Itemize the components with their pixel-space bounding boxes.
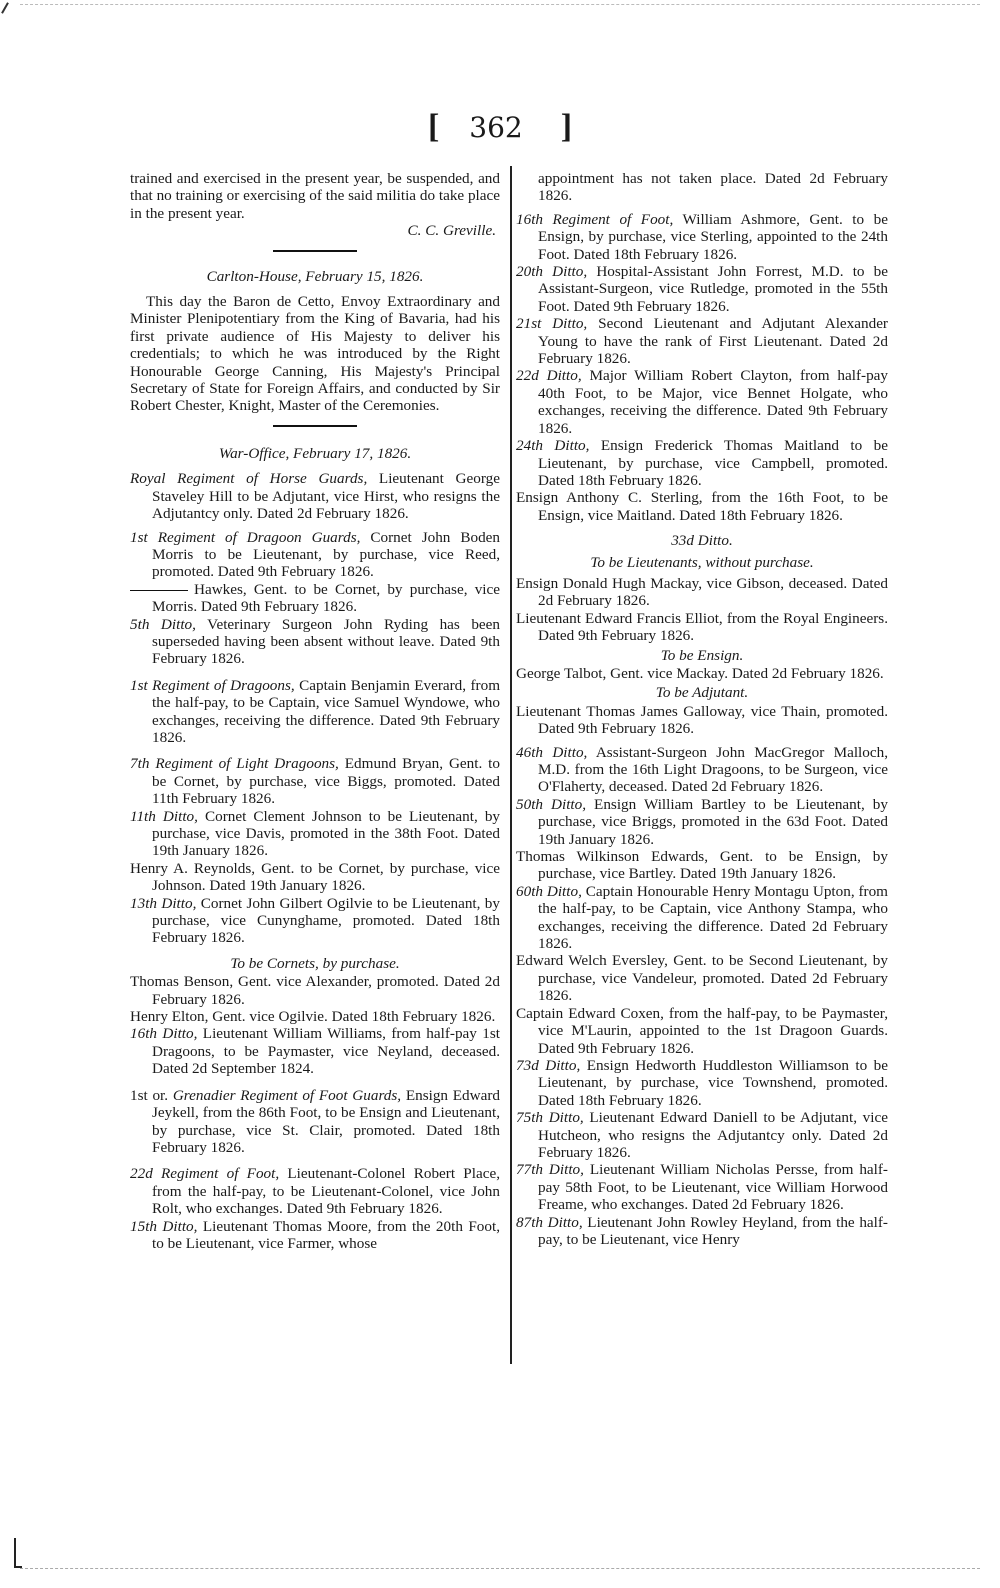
- gazette-entry: 16th Ditto, Lieutenant William Williams,…: [130, 1025, 500, 1077]
- section-rule: [273, 425, 357, 427]
- regiment-name: 7th Regiment of Light Dragoons,: [130, 755, 339, 772]
- entry-text: appointment has not taken place. Dated 2…: [538, 170, 888, 204]
- bracket-open: [: [428, 108, 439, 146]
- gazette-entry: Edward Welch Eversley, Gent. to be Secon…: [516, 952, 888, 1004]
- entry-text: Ensign Anthony C. Sterling, from the 16t…: [516, 489, 888, 523]
- regiment-name: 20th Ditto,: [516, 263, 587, 280]
- gazette-entry: 22d Regiment of Foot, Lieutenant-Colonel…: [130, 1165, 500, 1217]
- gazette-entry: 77th Ditto, Lieutenant William Nicholas …: [516, 1161, 888, 1213]
- gazette-entry: 1st or. Grenadier Regiment of Foot Guard…: [130, 1087, 500, 1157]
- entry-text: Ensign William Bartley to be Lieutenant,…: [538, 796, 888, 848]
- entry-text: Edward Welch Eversley, Gent. to be Secon…: [516, 952, 888, 1004]
- top-edge-rule: [20, 4, 980, 5]
- entry-text: George Talbot, Gent. vice Mackay. Dated …: [516, 665, 884, 682]
- regiment-name: 77th Ditto,: [516, 1161, 584, 1178]
- cornets-subheading: To be Cornets, by purchase.: [130, 955, 500, 972]
- lieutenants-subheading: To be Lieutenants, without purchase.: [516, 554, 888, 571]
- regiment-33-heading: 33d Ditto.: [516, 532, 888, 549]
- opening-paragraph: trained and exercised in the present yea…: [130, 170, 500, 222]
- entry-text: Captain Edward Coxen, from the half-pay,…: [516, 1005, 888, 1057]
- gazette-entry: Captain Edward Coxen, from the half-pay,…: [516, 1005, 888, 1057]
- regiment-prefix: 1st or.: [130, 1087, 173, 1104]
- regiment-name: 13th Ditto,: [130, 895, 196, 912]
- entry-text: Hawkes, Gent. to be Cornet, by purchase,…: [152, 581, 500, 615]
- entry-text: Lieutenant Thomas Moore, from the 20th F…: [152, 1218, 500, 1252]
- entry-text: Lieutenant Thomas James Galloway, vice T…: [516, 703, 888, 737]
- corner-mark: [14, 1538, 22, 1568]
- entry-text: Major William Robert Clayton, from half-…: [538, 367, 888, 436]
- entry-text: Lieutenant Edward Daniell to be Adjutant…: [538, 1109, 888, 1161]
- entry-text: Lieutenant John Rowley Heyland, from the…: [538, 1214, 888, 1248]
- regiment-name: 87th Ditto,: [516, 1214, 583, 1231]
- regiment-name: 1st Regiment of Dragoons,: [130, 677, 295, 694]
- entry-text: Cornet John Gilbert Ogilvie to be Lieute…: [152, 895, 500, 947]
- gazette-entry: Lieutenant Thomas James Galloway, vice T…: [516, 703, 888, 738]
- corner-mark: [0, 0, 14, 14]
- entry-text: Thomas Benson, Gent. vice Alexander, pro…: [130, 973, 500, 1007]
- entry-text: Captain Honourable Henry Montagu Upton, …: [538, 883, 888, 952]
- gazette-entry: 15th Ditto, Lieutenant Thomas Moore, fro…: [130, 1218, 500, 1253]
- page-header: [362]: [0, 108, 1000, 146]
- gazette-entry: Ensign Anthony C. Sterling, from the 16t…: [516, 489, 888, 524]
- continuation-text: appointment has not taken place. Dated 2…: [516, 170, 888, 205]
- signature: C. C. Greville.: [130, 222, 500, 239]
- gazette-entry: 50th Ditto, Ensign William Bartley to be…: [516, 796, 888, 848]
- regiment-name: 15th Ditto,: [130, 1218, 197, 1235]
- gazette-entry: 73d Ditto, Ensign Hedworth Huddleston Wi…: [516, 1057, 888, 1109]
- gazette-entry: 60th Ditto, Captain Honourable Henry Mon…: [516, 883, 888, 953]
- bottom-edge-rule: [20, 1568, 980, 1569]
- gazette-entry: 11th Ditto, Cornet Clement Johnson to be…: [130, 808, 500, 860]
- regiment-name: 73d Ditto,: [516, 1057, 580, 1074]
- regiment-name: 60th Ditto,: [516, 883, 582, 900]
- gazette-entry: 5th Ditto, Veterinary Surgeon John Rydin…: [130, 616, 500, 668]
- entry-text: Hospital-Assistant John Forrest, M.D. to…: [538, 263, 888, 315]
- regiment-name: 46th Ditto,: [516, 744, 587, 761]
- regiment-name: 24th Ditto,: [516, 437, 589, 454]
- regiment-name: 21st Ditto,: [516, 315, 587, 332]
- regiment-name: 75th Ditto,: [516, 1109, 584, 1126]
- entry-text: Second Lieutenant and Adjutant Alexander…: [538, 315, 888, 367]
- regiment-name: 5th Ditto,: [130, 616, 196, 633]
- entry-text: Lieutenant Edward Francis Elliot, from t…: [516, 610, 888, 644]
- gazette-entry: 13th Ditto, Cornet John Gilbert Ogilvie …: [130, 895, 500, 947]
- gazette-entry: 7th Regiment of Light Dragoons, Edmund B…: [130, 755, 500, 807]
- gazette-entry: 1st Regiment of Dragoon Guards, Cornet J…: [130, 529, 500, 581]
- entry-text: Lieutenant William Nicholas Persse, from…: [538, 1161, 888, 1213]
- entry-text: Cornet Clement Johnson to be Lieutenant,…: [152, 808, 500, 860]
- column-divider: [510, 166, 512, 1364]
- gazette-entry: 24th Ditto, Ensign Frederick Thomas Mait…: [516, 437, 888, 489]
- carlton-body: This day the Baron de Cetto, Envoy Extra…: [130, 293, 500, 415]
- gazette-entry: Royal Regiment of Horse Guards, Lieutena…: [130, 470, 500, 522]
- entry-text: Ensign Frederick Thomas Maitland to be L…: [538, 437, 888, 489]
- regiment-name: 22d Ditto,: [516, 367, 582, 384]
- regiment-name: 1st Regiment of Dragoon Guards,: [130, 529, 360, 546]
- gazette-entry: Thomas Wilkinson Edwards, Gent. to be En…: [516, 848, 888, 883]
- regiment-name: 22d Regiment of Foot,: [130, 1165, 279, 1182]
- gazette-entry: 46th Ditto, Assistant-Surgeon John MacGr…: [516, 744, 888, 796]
- entry-text: Thomas Wilkinson Edwards, Gent. to be En…: [516, 848, 888, 882]
- section-rule: [273, 250, 357, 252]
- gazette-entry: 75th Ditto, Lieutenant Edward Daniell to…: [516, 1109, 888, 1161]
- page-number: 362: [469, 111, 522, 144]
- entry-text: Assistant-Surgeon John MacGregor Malloch…: [538, 744, 888, 796]
- gazette-entry: 16th Regiment of Foot, William Ashmore, …: [516, 211, 888, 263]
- ditto-dash: [130, 590, 188, 591]
- entry-text: Henry Elton, Gent. vice Ogilvie. Dated 1…: [130, 1008, 495, 1025]
- left-column: trained and exercised in the present yea…: [130, 170, 500, 1252]
- gazette-entry: 22d Ditto, Major William Robert Clayton,…: [516, 367, 888, 437]
- regiment-name: 11th Ditto,: [130, 808, 198, 825]
- gazette-entry: 1st Regiment of Dragoons, Captain Benjam…: [130, 677, 500, 747]
- entry-text: Veterinary Surgeon John Ryding has been …: [152, 616, 500, 668]
- right-column: appointment has not taken place. Dated 2…: [516, 170, 888, 1248]
- ensign-subheading: To be Ensign.: [516, 647, 888, 664]
- regiment-name: 50th Ditto,: [516, 796, 586, 813]
- entry-text: Ensign Donald Hugh Mackay, vice Gibson, …: [516, 575, 888, 609]
- gazette-entry: Lieutenant Edward Francis Elliot, from t…: [516, 610, 888, 645]
- regiment-name: 16th Regiment of Foot,: [516, 211, 673, 228]
- gazette-entry: Hawkes, Gent. to be Cornet, by purchase,…: [130, 581, 500, 616]
- gazette-entry: 87th Ditto, Lieutenant John Rowley Heyla…: [516, 1214, 888, 1249]
- regiment-name: Grenadier Regiment of Foot Guards,: [173, 1087, 401, 1104]
- regiment-name: 16th Ditto,: [130, 1025, 197, 1042]
- war-office-dateline: War-Office, February 17, 1826.: [130, 445, 500, 462]
- entry-text: Ensign Hedworth Huddleston Williamson to…: [538, 1057, 888, 1109]
- gazette-entry: George Talbot, Gent. vice Mackay. Dated …: [516, 665, 888, 682]
- gazette-entry: 20th Ditto, Hospital-Assistant John Forr…: [516, 263, 888, 315]
- gazette-entry: Ensign Donald Hugh Mackay, vice Gibson, …: [516, 575, 888, 610]
- entry-text: Henry A. Reynolds, Gent. to be Cornet, b…: [130, 860, 500, 894]
- adjutant-subheading: To be Adjutant.: [516, 684, 888, 701]
- regiment-name: Royal Regiment of Horse Guards,: [130, 470, 367, 487]
- gazette-entry: 21st Ditto, Second Lieutenant and Adjuta…: [516, 315, 888, 367]
- gazette-entry: Henry Elton, Gent. vice Ogilvie. Dated 1…: [130, 1008, 500, 1025]
- entry-text: Lieutenant William Williams, from half-p…: [152, 1025, 500, 1077]
- carlton-dateline: Carlton-House, February 15, 1826.: [130, 268, 500, 285]
- bracket-close: ]: [561, 108, 572, 146]
- gazette-entry: Thomas Benson, Gent. vice Alexander, pro…: [130, 973, 500, 1008]
- gazette-entry: Henry A. Reynolds, Gent. to be Cornet, b…: [130, 860, 500, 895]
